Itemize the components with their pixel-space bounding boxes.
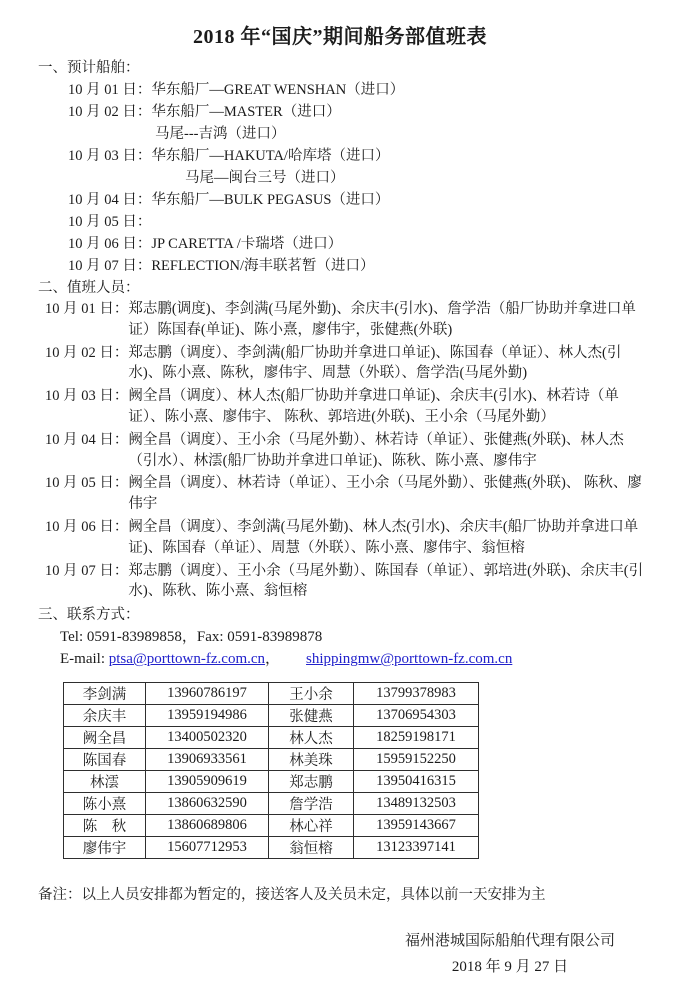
ship-line: 10 月 07 日：REFLECTION/海丰联茗暂（进口） bbox=[68, 255, 680, 277]
table-row: 陈国春 13906933561 林美珠 15959152250 bbox=[64, 749, 479, 771]
duty-entry: 10 月 01 日： 郑志鹏(调度)、李剑满(马尾外勤)、余庆丰(引水)、詹学浩… bbox=[45, 299, 648, 341]
name-cell: 林心祥 bbox=[269, 815, 354, 837]
ship-line: 10 月 06 日：JP CARETTA /卡瑞塔（进口） bbox=[68, 233, 680, 255]
duty-entry: 10 月 07 日： 郑志鹏（调度）、王小余（马尾外勤）、陈国春（单证）、郭培进… bbox=[45, 561, 648, 603]
phone-cell: 13905909619 bbox=[146, 771, 269, 793]
ship-line: 10 月 01 日：华东船厂—GREAT WENSHAN（进口） bbox=[68, 79, 680, 101]
phone-cell: 13959194986 bbox=[146, 705, 269, 727]
phone-cell: 13799378983 bbox=[354, 683, 479, 705]
table-row: 阙全昌 13400502320 林人杰 18259198171 bbox=[64, 727, 479, 749]
name-cell: 李剑满 bbox=[64, 683, 146, 705]
phone-cell: 15959152250 bbox=[354, 749, 479, 771]
name-cell: 詹学浩 bbox=[269, 793, 354, 815]
signature-block: 福州港城国际船舶代理有限公司 2018 年 9 月 27 日 bbox=[350, 928, 670, 980]
duty-text: 郑志鹏(调度)、李剑满(马尾外勤)、余庆丰(引水)、詹学浩（船厂协助并拿进口单证… bbox=[128, 299, 648, 341]
duty-text: 阙全昌（调度）、林若诗（单证）、王小余（马尾外勤）、张健燕(外联)、 陈秋、廖伟… bbox=[128, 473, 648, 515]
name-cell: 翁恒榕 bbox=[269, 837, 354, 859]
duty-text: 阙全昌（调度）、林人杰(船厂协助并拿进口单证)、余庆丰(引水)、林若诗（单证）、… bbox=[128, 386, 648, 428]
duty-entry: 10 月 02 日： 郑志鹏（调度）、李剑满(船厂协助并拿进口单证)、陈国春（单… bbox=[45, 343, 648, 385]
issue-date: 2018 年 9 月 27 日 bbox=[350, 954, 670, 980]
name-cell: 林澐 bbox=[64, 771, 146, 793]
email-line: E-mail: ptsa@porttown-fz.com.cn，shipping… bbox=[60, 648, 680, 670]
phone-cell: 13860632590 bbox=[146, 793, 269, 815]
company-name: 福州港城国际船舶代理有限公司 bbox=[350, 928, 670, 954]
duty-text: 阙全昌（调度）、王小余（马尾外勤）、林若诗（单证）、张健燕(外联)、林人杰（引水… bbox=[128, 430, 648, 472]
email-link-shippingmw[interactable]: shippingmw@porttown-fz.com.cn bbox=[306, 651, 512, 667]
name-cell: 余庆丰 bbox=[64, 705, 146, 727]
duty-date: 10 月 03 日： bbox=[45, 386, 128, 428]
duty-entry: 10 月 04 日： 阙全昌（调度）、王小余（马尾外勤）、林若诗（单证）、张健燕… bbox=[45, 430, 648, 472]
phone-table: 李剑满 13960786197 王小余 13799378983 余庆丰 1395… bbox=[63, 682, 479, 859]
page-title: 2018 年“国庆”期间船务部值班表 bbox=[0, 20, 680, 49]
ship-line: 10 月 02 日：华东船厂—MASTER（进口） bbox=[68, 101, 680, 123]
ship-line: 10 月 05 日： bbox=[68, 211, 680, 233]
table-row: 林澐 13905909619 郑志鹏 13950416315 bbox=[64, 771, 479, 793]
duty-text: 阙全昌（调度）、李剑满(马尾外勤)、林人杰(引水)、余庆丰(船厂协助并拿进口单证… bbox=[128, 517, 648, 559]
phone-cell: 13960786197 bbox=[146, 683, 269, 705]
name-cell: 林人杰 bbox=[269, 727, 354, 749]
duty-entry: 10 月 06 日： 阙全昌（调度）、李剑满(马尾外勤)、林人杰(引水)、余庆丰… bbox=[45, 517, 648, 559]
name-cell: 廖伟宇 bbox=[64, 837, 146, 859]
phone-cell: 13860689806 bbox=[146, 815, 269, 837]
phone-cell: 18259198171 bbox=[354, 727, 479, 749]
name-cell: 林美珠 bbox=[269, 749, 354, 771]
ship-list: 10 月 01 日：华东船厂—GREAT WENSHAN（进口） 10 月 02… bbox=[0, 79, 680, 277]
duty-roster: 10 月 01 日： 郑志鹏(调度)、李剑满(马尾外勤)、余庆丰(引水)、詹学浩… bbox=[45, 299, 648, 602]
ship-line: 10 月 03 日：华东船厂—HAKUTA/哈库塔（进口） bbox=[68, 145, 680, 167]
section-heading-duty: 二、值班人员： bbox=[38, 277, 680, 299]
table-row: 李剑满 13960786197 王小余 13799378983 bbox=[64, 683, 479, 705]
table-row: 陈小熹 13860632590 詹学浩 13489132503 bbox=[64, 793, 479, 815]
phone-cell: 13123397141 bbox=[354, 837, 479, 859]
email-label: E-mail: bbox=[60, 651, 105, 667]
phone-cell: 13489132503 bbox=[354, 793, 479, 815]
duty-date: 10 月 07 日： bbox=[45, 561, 128, 603]
ship-line-sub: 马尾—闽台三号（进口） bbox=[185, 167, 680, 189]
phone-cell: 13959143667 bbox=[354, 815, 479, 837]
remark-note: 备注：以上人员安排都为暂定的，接送客人及关员未定，具体以前一天安排为主 bbox=[38, 885, 642, 906]
duty-entry: 10 月 05 日： 阙全昌（调度）、林若诗（单证）、王小余（马尾外勤）、张健燕… bbox=[45, 473, 648, 515]
ship-line-sub: 马尾---吉鸿（进口） bbox=[155, 123, 680, 145]
email-link-ptsa[interactable]: ptsa@porttown-fz.com.cn bbox=[109, 651, 265, 667]
ship-line: 10 月 04 日：华东船厂—BULK PEGASUS（进口） bbox=[68, 189, 680, 211]
duty-date: 10 月 02 日： bbox=[45, 343, 128, 385]
duty-text: 郑志鹏（调度）、李剑满(船厂协助并拿进口单证)、陈国春（单证）、林人杰(引水)、… bbox=[128, 343, 648, 385]
section-heading-ships: 一、预计船舶： bbox=[38, 57, 680, 79]
table-row: 廖伟宇 15607712953 翁恒榕 13123397141 bbox=[64, 837, 479, 859]
tel-fax-line: Tel: 0591-83989858，Fax: 0591-83989878 bbox=[60, 626, 680, 648]
phone-cell: 13706954303 bbox=[354, 705, 479, 727]
name-cell: 陈国春 bbox=[64, 749, 146, 771]
duty-date: 10 月 04 日： bbox=[45, 430, 128, 472]
name-cell: 陈 秋 bbox=[64, 815, 146, 837]
duty-date: 10 月 05 日： bbox=[45, 473, 128, 515]
table-row: 陈 秋 13860689806 林心祥 13959143667 bbox=[64, 815, 479, 837]
duty-roster-document: 2018 年“国庆”期间船务部值班表 一、预计船舶： 10 月 01 日：华东船… bbox=[0, 0, 680, 985]
phone-cell: 13906933561 bbox=[146, 749, 269, 771]
phone-cell: 15607712953 bbox=[146, 837, 269, 859]
name-cell: 张健燕 bbox=[269, 705, 354, 727]
phone-cell: 13950416315 bbox=[354, 771, 479, 793]
section-heading-contact: 三、联系方式： bbox=[38, 604, 680, 626]
name-cell: 王小余 bbox=[269, 683, 354, 705]
duty-date: 10 月 01 日： bbox=[45, 299, 128, 341]
table-row: 余庆丰 13959194986 张健燕 13706954303 bbox=[64, 705, 479, 727]
name-cell: 阙全昌 bbox=[64, 727, 146, 749]
name-cell: 陈小熹 bbox=[64, 793, 146, 815]
name-cell: 郑志鹏 bbox=[269, 771, 354, 793]
email-separator: ， bbox=[265, 651, 280, 667]
duty-text: 郑志鹏（调度）、王小余（马尾外勤）、陈国春（单证）、郭培进(外联)、余庆丰(引水… bbox=[128, 561, 648, 603]
phone-cell: 13400502320 bbox=[146, 727, 269, 749]
duty-date: 10 月 06 日： bbox=[45, 517, 128, 559]
duty-entry: 10 月 03 日： 阙全昌（调度）、林人杰(船厂协助并拿进口单证)、余庆丰(引… bbox=[45, 386, 648, 428]
